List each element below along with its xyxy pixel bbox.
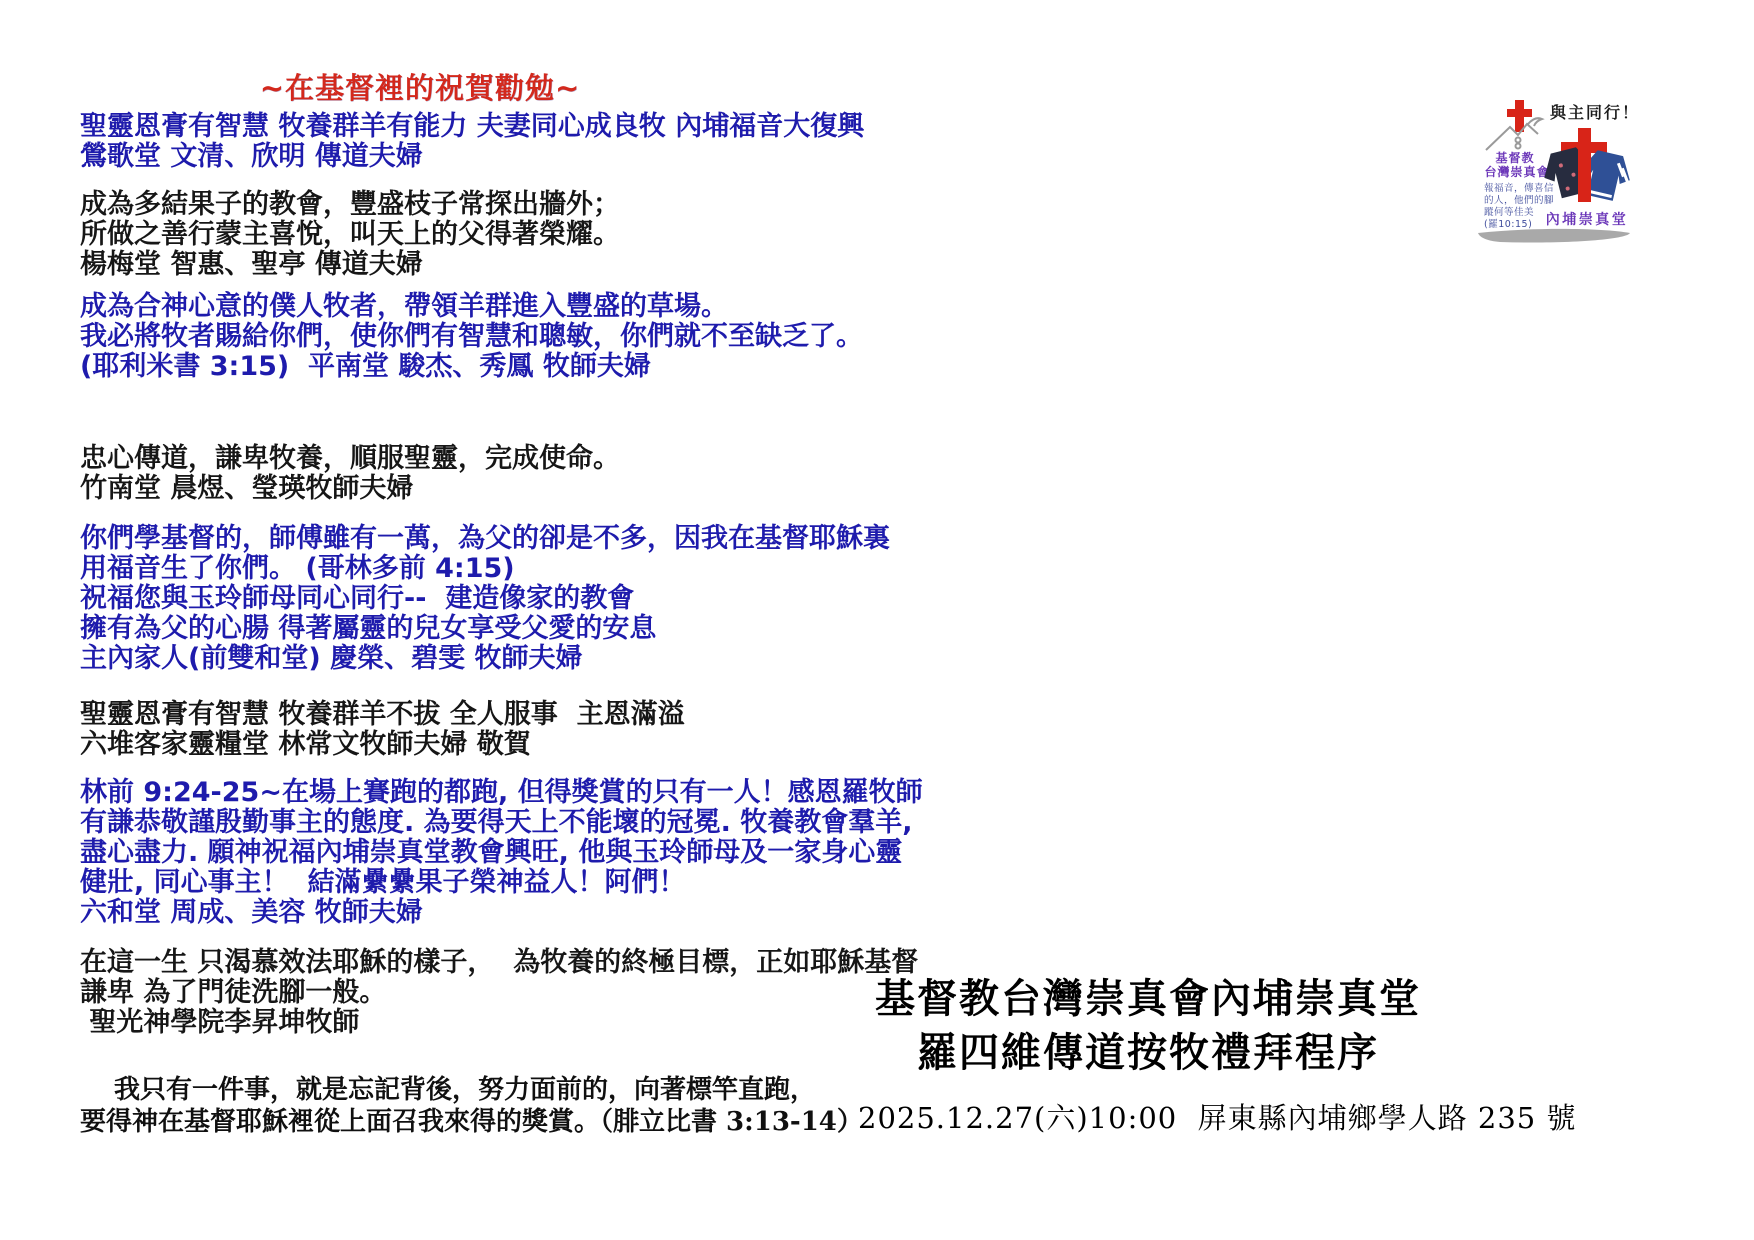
greeting-line: 謙卑 為了門徒洗腳一般。 (80, 978, 920, 1008)
greeting-line: 聖靈恩膏有智慧 牧養群羊有能力 夫妻同心成良牧 內埔福音大復興 (80, 112, 920, 142)
greeting-paragraph-shuangha: 你們學基督的，師傅雖有一萬，為父的卻是不多，因我在基督耶穌裏 用福音生了你們。 … (80, 524, 920, 674)
greeting-line: 六和堂 周成、美容 牧師夫婦 (80, 898, 920, 928)
greetings-column: ~在基督裡的祝賀勸勉~ 聖靈恩膏有智慧 牧養群羊有能力 夫妻同心成良牧 內埔福音… (80, 70, 920, 1138)
greeting-line: 聖靈恩膏有智慧 牧養群羊不拔 全人服事 主恩滿溢 (80, 700, 920, 730)
program-title-line2: 羅四維傳道按牧禮拜程序 (858, 1026, 1438, 1080)
church-logo-graphic: 與主同行！ 基督教 台灣崇真會 報福音，傳喜信 的人，他們的腳 蹤何等佳美 (羅… (1438, 70, 1700, 255)
greeting-line: 你們學基督的，師傅雖有一萬，為父的卻是不多，因我在基督耶穌裏 (80, 524, 920, 554)
church-logo: 與主同行！ 基督教 台灣崇真會 報福音，傳喜信 的人，他們的腳 蹤何等佳美 (羅… (1438, 70, 1700, 255)
verse-line: 要得神在基督耶穌裡從上面召我來得的獎賞。（腓立比書 3:13-14） (80, 1106, 850, 1138)
greeting-line: 所做之善行蒙主喜悅，叫天上的父得著榮耀。 (80, 220, 920, 250)
greeting-line: 成為合神心意的僕人牧者，帶領羊群進入豐盛的草場。 (80, 292, 920, 322)
program-datetime-location: 2025.12.27(六)10:00 屏東縣內埔鄉學人路 235 號 (858, 1096, 1438, 1137)
greetings-heading: ~在基督裡的祝賀勸勉~ (80, 70, 760, 106)
logo-motto: 與主同行！ (1550, 103, 1640, 122)
greeting-line: 成為多結果子的教會，豐盛枝子常探出牆外； (80, 190, 920, 220)
greeting-line: 盡心盡力. 願神祝福內埔崇真堂教會興旺, 他與玉玲師母及一家身心靈 (80, 838, 920, 868)
program-title-line1: 基督教台灣崇真會內埔崇真堂 (858, 972, 1438, 1026)
greeting-line: 聖光神學院李昇坤牧師 (80, 1008, 920, 1038)
mountain-icon (1486, 118, 1542, 150)
brush-stroke (1478, 229, 1630, 243)
greeting-line: 竹南堂 晨煜、瑩瑛牧師夫婦 (80, 474, 920, 504)
greeting-paragraph-zhunan: 忠心傳道，謙卑牧養，順服聖靈，完成使命。 竹南堂 晨煜、瑩瑛牧師夫婦 (80, 444, 920, 504)
logo-org-line1: 基督教 (1495, 150, 1534, 165)
greeting-line: 鶯歌堂 文清、欣明 傳道夫婦 (80, 142, 920, 172)
greeting-line: 用福音生了你們。 (哥林多前 4:15) (80, 554, 920, 584)
greeting-paragraph-liudui: 聖靈恩膏有智慧 牧養群羊不拔 全人服事 主恩滿溢 六堆客家靈糧堂 林常文牧師夫婦… (80, 700, 920, 760)
logo-org-line2: 台灣崇真會 (1484, 164, 1549, 179)
greeting-line: 擁有為父的心腸 得著屬靈的兒女享受父愛的安息 (80, 614, 920, 644)
greeting-line: 主內家人(前雙和堂) 慶榮、碧雯 牧師夫婦 (80, 644, 920, 674)
logo-church-name: 內埔崇真堂 (1546, 211, 1629, 228)
logo-scripture: 報福音，傳喜信 的人，他們的腳 蹤何等佳美 (羅10:15) (1484, 182, 1554, 230)
greeting-line: 六堆客家靈糧堂 林常文牧師夫婦 敬賀 (80, 730, 920, 760)
greeting-paragraph-liuhe: 林前 9:24-25~在場上賽跑的都跑, 但得獎賞的只有一人！感恩羅牧師 有謙恭… (80, 778, 920, 928)
greeting-line: 祝福您與玉玲師母同心同行-- 建造像家的教會 (80, 584, 920, 614)
greeting-line: 在這一生 只渴慕效法耶穌的樣子， 為牧養的終極目標，正如耶穌基督 (80, 948, 920, 978)
program-title-block: 基督教台灣崇真會內埔崇真堂 羅四維傳道按牧禮拜程序 2025.12.27(六)1… (858, 972, 1438, 1137)
greeting-line: 楊梅堂 智惠、聖亭 傳道夫婦 (80, 250, 920, 280)
greeting-line: 忠心傳道，謙卑牧養，順服聖靈，完成使命。 (80, 444, 920, 474)
greeting-paragraph-yingge: 聖靈恩膏有智慧 牧養群羊有能力 夫妻同心成良牧 內埔福音大復興 鶯歌堂 文清、欣… (80, 112, 920, 172)
greeting-line: 林前 9:24-25~在場上賽跑的都跑, 但得獎賞的只有一人！感恩羅牧師 (80, 778, 920, 808)
logo-scripture-line: 報福音，傳喜信 (1484, 182, 1554, 194)
bulletin-page: ~在基督裡的祝賀勸勉~ 聖靈恩膏有智慧 牧養群羊有能力 夫妻同心成良牧 內埔福音… (0, 0, 1754, 1240)
greeting-line: 健壯, 同心事主！ 結滿纍纍果子榮神益人！阿們！ (80, 868, 920, 898)
greeting-paragraph-yangmei: 成為多結果子的教會，豐盛枝子常探出牆外； 所做之善行蒙主喜悅，叫天上的父得著榮耀… (80, 190, 920, 280)
greeting-paragraph-shengguang: 在這一生 只渴慕效法耶穌的樣子， 為牧養的終極目標，正如耶穌基督 謙卑 為了門徒… (80, 948, 920, 1038)
greeting-paragraph-pingnan: 成為合神心意的僕人牧者，帶領羊群進入豐盛的草場。 我必將牧者賜給你們，使你們有智… (80, 292, 920, 382)
logo-scripture-line: (羅10:15) (1484, 218, 1532, 230)
logo-scripture-line: 蹤何等佳美 (1484, 206, 1534, 218)
verse-line: 我只有一件事，就是忘記背後，努力面前的，向著標竿直跑， (80, 1074, 850, 1106)
greeting-line: 我必將牧者賜給你們，使你們有智慧和聰敏，你們就不至缺乏了。 (80, 322, 920, 352)
philippians-verse: 我只有一件事，就是忘記背後，努力面前的，向著標竿直跑， 要得神在基督耶穌裡從上面… (80, 1074, 850, 1138)
greeting-line: 有謙恭敬謹殷勤事主的態度. 為要得天上不能壞的冠冕. 牧養教會羣羊, (80, 808, 920, 838)
greeting-line: (耶利米書 3:15) 平南堂 駿杰、秀鳳 牧師夫婦 (80, 352, 920, 382)
big-cross-icon (1578, 128, 1591, 202)
logo-scripture-line: 的人，他們的腳 (1484, 194, 1554, 206)
